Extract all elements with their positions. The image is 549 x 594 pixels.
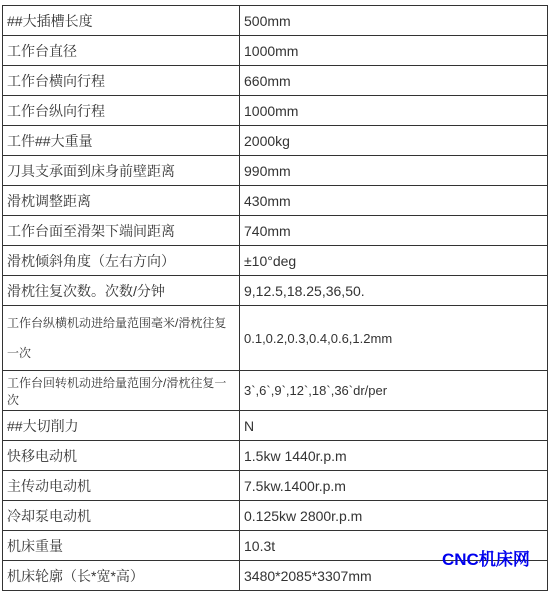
spec-label: 主传动电动机 xyxy=(3,471,240,501)
spec-label: 冷却泵电动机 xyxy=(3,501,240,531)
spec-label: 机床轮廓（长*宽*高） xyxy=(3,561,240,591)
table-row: 冷却泵电动机 0.125kw 2800r.p.m xyxy=(3,501,548,531)
machine-spec-table: ##大插槽长度 500mm 工作台直径 1000mm 工作台横向行程 660mm… xyxy=(2,5,548,591)
cnc-site-watermark: CNC机床网 xyxy=(442,545,530,570)
spec-value: ±10°deg xyxy=(240,246,548,276)
table-row: 工作台面至滑架下端间距离 740mm xyxy=(3,216,548,246)
table-row: 工作台回转机动进给量范围分/滑枕往复一次 3`,6`,9`,12`,18`,36… xyxy=(3,371,548,411)
spec-value: 500mm xyxy=(240,6,548,36)
spec-label: 工作台横向行程 xyxy=(3,66,240,96)
spec-label: 滑枕往复次数。次数/分钟 xyxy=(3,276,240,306)
spec-value: 990mm xyxy=(240,156,548,186)
table-row: 工作台横向行程 660mm xyxy=(3,66,548,96)
spec-label: 工作台直径 xyxy=(3,36,240,66)
spec-label: ##大切削力 xyxy=(3,411,240,441)
table-row: 工作台直径 1000mm xyxy=(3,36,548,66)
spec-value: 0.1,0.2,0.3,0.4,0.6,1.2mm xyxy=(240,306,548,371)
spec-value: 740mm xyxy=(240,216,548,246)
spec-label: 工件##大重量 xyxy=(3,126,240,156)
table-row: 工件##大重量 2000kg xyxy=(3,126,548,156)
table-row: 工作台纵横机动进给量范围毫米/滑枕往复一次 0.1,0.2,0.3,0.4,0.… xyxy=(3,306,548,371)
spec-label: 工作台回转机动进给量范围分/滑枕往复一次 xyxy=(3,371,240,411)
spec-value: 9,12.5,18.25,36,50. xyxy=(240,276,548,306)
table-row: 滑枕往复次数。次数/分钟 9,12.5,18.25,36,50. xyxy=(3,276,548,306)
table-row: 滑枕倾斜角度（左右方向） ±10°deg xyxy=(3,246,548,276)
spec-label: 快移电动机 xyxy=(3,441,240,471)
spec-value: 1000mm xyxy=(240,36,548,66)
table-row: 主传动电动机 7.5kw.1400r.p.m xyxy=(3,471,548,501)
spec-page: ##大插槽长度 500mm 工作台直径 1000mm 工作台横向行程 660mm… xyxy=(0,0,549,594)
spec-value: N xyxy=(240,411,548,441)
spec-value: 0.125kw 2800r.p.m xyxy=(240,501,548,531)
spec-label: 刀具支承面到床身前壁距离 xyxy=(3,156,240,186)
spec-label: ##大插槽长度 xyxy=(3,6,240,36)
spec-value: 430mm xyxy=(240,186,548,216)
spec-value: 3`,6`,9`,12`,18`,36`dr/per xyxy=(240,371,548,411)
spec-label: 工作台纵向行程 xyxy=(3,96,240,126)
spec-value: 660mm xyxy=(240,66,548,96)
spec-label: 滑枕倾斜角度（左右方向） xyxy=(3,246,240,276)
spec-value: 7.5kw.1400r.p.m xyxy=(240,471,548,501)
spec-value: 2000kg xyxy=(240,126,548,156)
table-row: 快移电动机 1.5kw 1440r.p.m xyxy=(3,441,548,471)
table-row: ##大插槽长度 500mm xyxy=(3,6,548,36)
spec-value: 1.5kw 1440r.p.m xyxy=(240,441,548,471)
table-row: 刀具支承面到床身前壁距离 990mm xyxy=(3,156,548,186)
spec-label: 滑枕调整距离 xyxy=(3,186,240,216)
spec-label: 机床重量 xyxy=(3,531,240,561)
table-row: 滑枕调整距离 430mm xyxy=(3,186,548,216)
table-row: ##大切削力 N xyxy=(3,411,548,441)
spec-label: 工作台纵横机动进给量范围毫米/滑枕往复一次 xyxy=(3,306,240,371)
spec-label: 工作台面至滑架下端间距离 xyxy=(3,216,240,246)
table-row: 工作台纵向行程 1000mm xyxy=(3,96,548,126)
spec-value: 1000mm xyxy=(240,96,548,126)
